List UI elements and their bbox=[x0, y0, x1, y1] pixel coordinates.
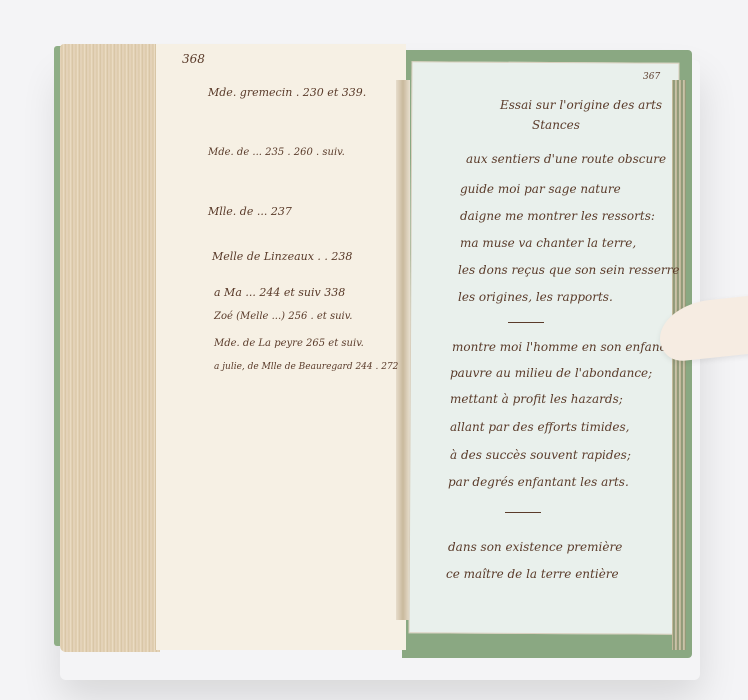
index-entry: Zoé (Melle ...) 256 . et suiv. bbox=[214, 311, 352, 322]
poem-line: guide moi par sage nature bbox=[460, 182, 621, 196]
poem-line: ma muse va chanter la terre, bbox=[460, 236, 636, 250]
right-page-edge bbox=[672, 80, 686, 650]
stanza-divider bbox=[505, 512, 541, 513]
poem-line: à des succès souvent rapides; bbox=[450, 448, 631, 462]
stanza-divider bbox=[508, 322, 544, 323]
page-fore-edge bbox=[60, 44, 160, 652]
poem-subtitle: Stances bbox=[532, 118, 580, 132]
poem-line: aux sentiers d'une route obscure bbox=[466, 152, 666, 166]
poem-line: daigne me montrer les ressorts: bbox=[460, 209, 655, 223]
poem-line: par degrés enfantant les arts. bbox=[448, 475, 629, 489]
poem-title: Essai sur l'origine des arts bbox=[500, 98, 662, 112]
index-entry: Mde. de La peyre 265 et suiv. bbox=[214, 338, 364, 349]
poem-line: allant par des efforts timides, bbox=[450, 420, 629, 434]
poem-line: ce maître de la terre entière bbox=[446, 567, 619, 581]
poem-line: mettant à profit les hazards; bbox=[450, 392, 623, 406]
book-gutter bbox=[396, 80, 410, 620]
index-entry: Mde. de ... 235 . 260 . suiv. bbox=[208, 147, 345, 158]
index-entry: a Ma ... 244 et suiv 338 bbox=[214, 286, 345, 299]
right-page-number: 367 bbox=[643, 72, 660, 82]
poem-line: les dons reçus que son sein resserre bbox=[458, 263, 680, 277]
left-page-number: 368 bbox=[182, 52, 205, 66]
poem-line: dans son existence première bbox=[448, 540, 622, 554]
poem-line: pauvre au milieu de l'abondance; bbox=[450, 366, 652, 380]
index-entry: Melle de Linzeaux . . 238 bbox=[212, 250, 352, 263]
poem-line: montre moi l'homme en son enfance, bbox=[452, 340, 677, 354]
index-entry: a julie, de Mlle de Beauregard 244 . 272 bbox=[214, 362, 398, 372]
index-entry: Mde. gremecin . 230 et 339. bbox=[208, 86, 366, 99]
index-entry: Mlle. de ... 237 bbox=[208, 205, 292, 218]
poem-line: les origines, les rapports. bbox=[458, 290, 613, 304]
